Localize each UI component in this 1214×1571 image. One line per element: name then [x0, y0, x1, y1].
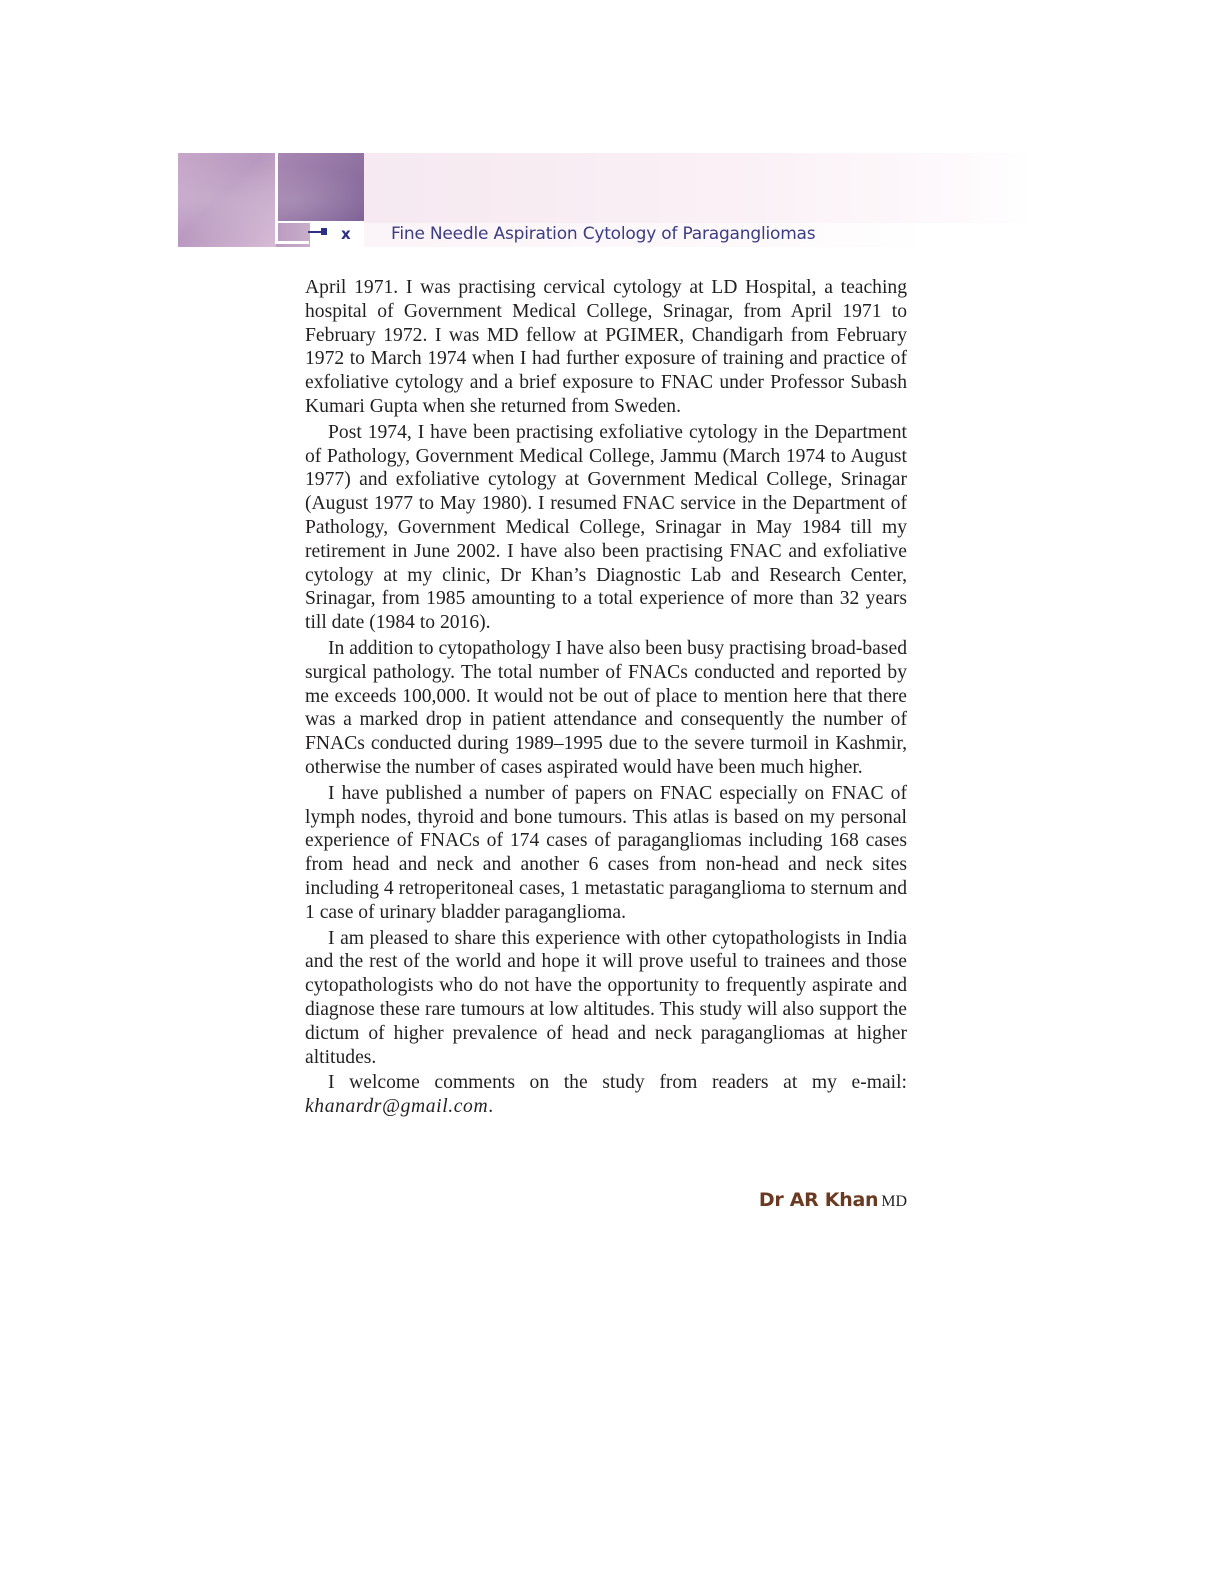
page-number: x	[341, 225, 351, 243]
paragraph: I am pleased to share this experience wi…	[305, 927, 907, 1070]
page-header: x Fine Needle Aspiration Cytology of Par…	[178, 153, 1032, 247]
running-title: Fine Needle Aspiration Cytology of Parag…	[391, 224, 815, 244]
paragraph: In addition to cytopathology I have also…	[305, 637, 907, 780]
author-degree: MD	[881, 1193, 907, 1210]
author-name: Dr AR Khan	[759, 1189, 878, 1211]
paragraph: I have published a number of papers on F…	[305, 782, 907, 925]
paragraph: Post 1974, I have been practising exfoli…	[305, 421, 907, 635]
closing-paragraph: I welcome comments on the study from rea…	[305, 1071, 907, 1119]
paragraph-continued: April 1971. I was practising cervical cy…	[305, 276, 907, 419]
closing-text: I welcome comments on the study from rea…	[328, 1072, 907, 1093]
decorative-divider-vertical	[275, 153, 278, 244]
decorative-connector-line	[308, 231, 322, 233]
author-signature: Dr AR KhanMD	[759, 1189, 907, 1211]
decorative-divider-horizontal	[275, 241, 309, 244]
body-text: April 1971. I was practising cervical cy…	[305, 276, 907, 1121]
decorative-purple-block-right	[278, 153, 364, 221]
header-background-band	[364, 153, 1032, 223]
email-link[interactable]: khanardr@gmail.com	[305, 1096, 488, 1117]
decorative-purple-block-left	[178, 153, 276, 247]
closing-period: .	[488, 1096, 493, 1117]
decorative-square-marker-icon	[321, 228, 327, 235]
